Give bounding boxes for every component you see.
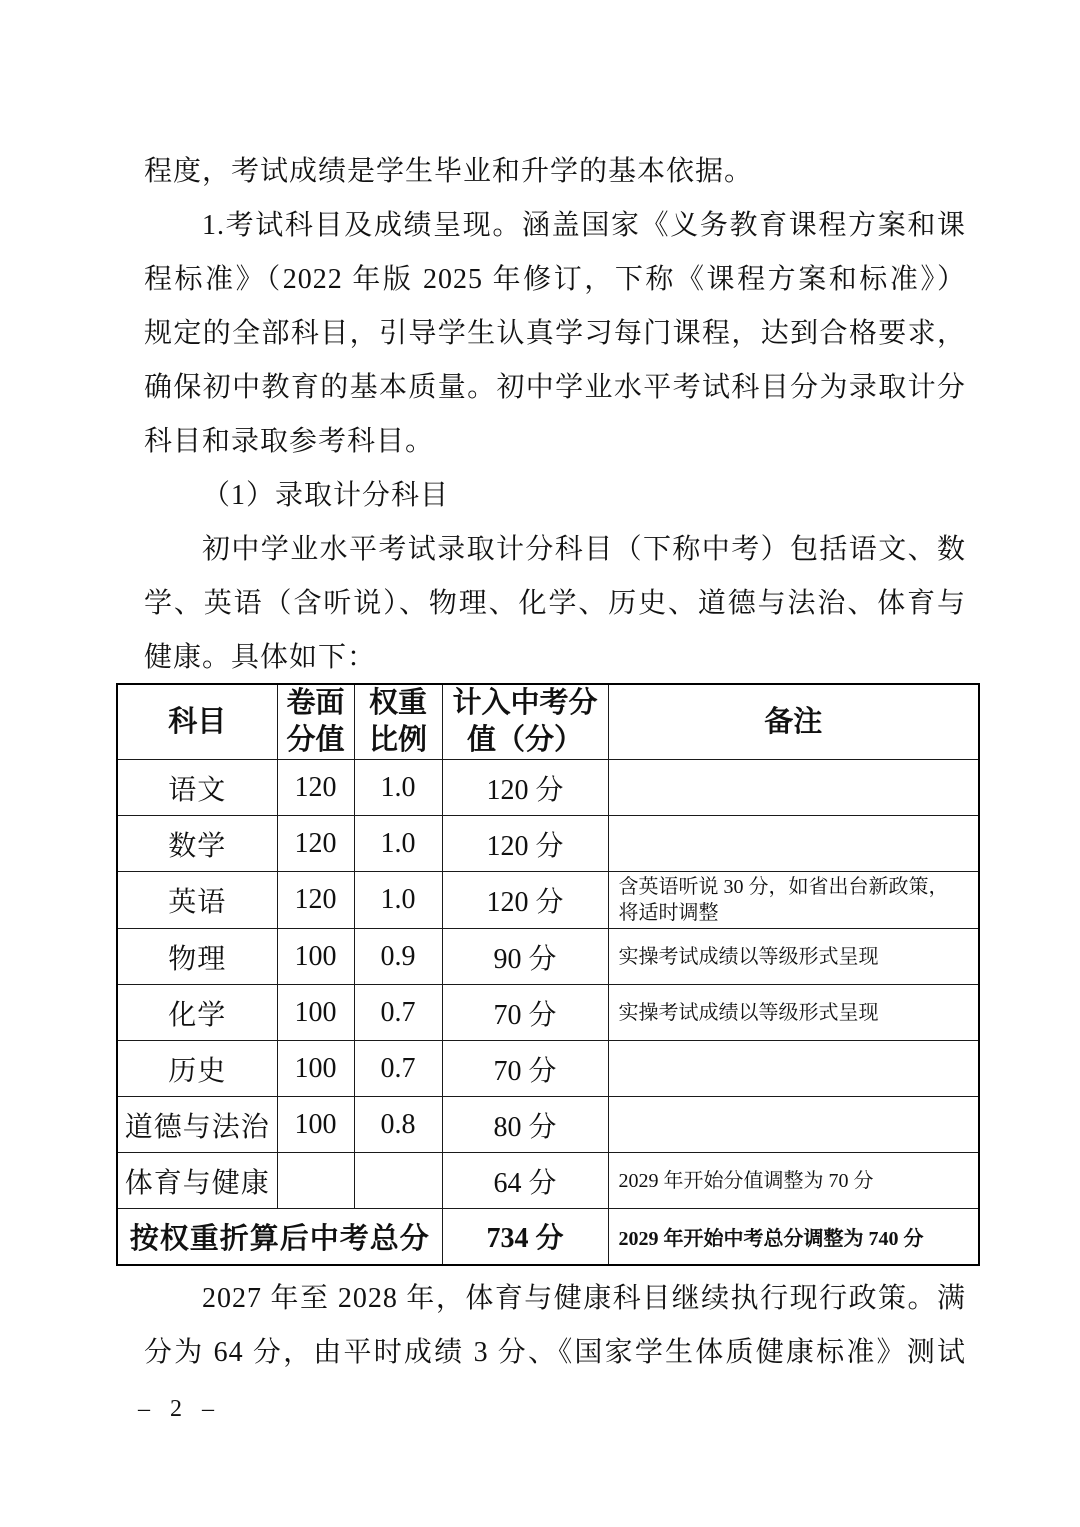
remark-cell: 实操考试成绩以等级形式呈现: [608, 985, 979, 1041]
table-row-physics: 物理 100 0.9 90 分 实操考试成绩以等级形式呈现: [117, 929, 979, 985]
document-page: 程度，考试成绩是学生毕业和升学的基本依据。 1.考试科目及成绩呈现。涵盖国家《义…: [0, 0, 1080, 1527]
paper-score-cell: 120: [277, 760, 354, 816]
table-row-pe-health: 体育与健康 64 分 2029 年开始分值调整为 70 分: [117, 1153, 979, 1209]
subject-cell: 数学: [117, 816, 277, 872]
paragraph-line: 1.考试科目及成绩呈现。涵盖国家《义务教育课程方案和课: [144, 199, 966, 253]
paragraph-line: 确保初中教育的基本质量。初中学业水平考试科目分为录取计分: [144, 361, 966, 415]
remark-cell: 实操考试成绩以等级形式呈现: [608, 929, 979, 985]
weight-cell: 0.7: [354, 1041, 442, 1097]
body-text-lower: 2027 年至 2028 年，体育与健康科目继续执行现行政策。满 分为 64 分…: [144, 1272, 966, 1380]
table-row-english: 英语 120 1.0 120 分 含英语听说 30 分，如省出台新政策，将适时调…: [117, 872, 979, 929]
exam-score-cell: 90 分: [442, 929, 608, 985]
paragraph-line: 健康。具体如下：: [144, 631, 966, 685]
remark-cell: [608, 760, 979, 816]
remark-cell: [608, 816, 979, 872]
paper-score-cell: 120: [277, 872, 354, 929]
table-row-chinese: 语文 120 1.0 120 分: [117, 760, 979, 816]
subject-cell: 体育与健康: [117, 1153, 277, 1209]
subject-cell: 历史: [117, 1041, 277, 1097]
paper-score-cell: 100: [277, 1097, 354, 1153]
table-row-math: 数学 120 1.0 120 分: [117, 816, 979, 872]
total-score-cell: 734 分: [442, 1209, 608, 1265]
total-remark-cell: 2029 年开始中考总分调整为 740 分: [608, 1209, 979, 1265]
page-number: – 2 –: [138, 1396, 221, 1423]
subject-cell: 语文: [117, 760, 277, 816]
paragraph-line: 2027 年至 2028 年，体育与健康科目继续执行现行政策。满: [144, 1272, 966, 1326]
exam-score-cell: 120 分: [442, 760, 608, 816]
table-header-row: 科目 卷面 分值 权重 比例 计入中考分 值（分） 备注: [117, 684, 979, 760]
weight-cell: [354, 1153, 442, 1209]
subject-cell: 道德与法治: [117, 1097, 277, 1153]
weight-cell: 1.0: [354, 872, 442, 929]
exam-score-cell: 64 分: [442, 1153, 608, 1209]
exam-subjects-score-table: 科目 卷面 分值 权重 比例 计入中考分 值（分） 备注 语文 120 1.0 …: [116, 683, 980, 1266]
weight-cell: 1.0: [354, 816, 442, 872]
paragraph-line: 分为 64 分，由平时成绩 3 分、《国家学生体质健康标准》测试: [144, 1326, 966, 1380]
paper-score-cell: 100: [277, 985, 354, 1041]
paragraph-line: 规定的全部科目，引导学生认真学习每门课程，达到合格要求，: [144, 307, 966, 361]
subject-cell: 英语: [117, 872, 277, 929]
subject-cell: 化学: [117, 985, 277, 1041]
paragraph-line: 学、英语（含听说）、物理、化学、历史、道德与法治、体育与: [144, 577, 966, 631]
table-row-chemistry: 化学 100 0.7 70 分 实操考试成绩以等级形式呈现: [117, 985, 979, 1041]
remark-cell: [608, 1097, 979, 1153]
exam-score-cell: 70 分: [442, 985, 608, 1041]
table-row-morality-law: 道德与法治 100 0.8 80 分: [117, 1097, 979, 1153]
paper-score-cell: 100: [277, 1041, 354, 1097]
exam-score-cell: 120 分: [442, 816, 608, 872]
weight-cell: 0.9: [354, 929, 442, 985]
paragraph-line: 程度，考试成绩是学生毕业和升学的基本依据。: [144, 145, 966, 199]
header-remark: 备注: [608, 684, 979, 760]
paragraph-line: 初中学业水平考试录取计分科目（下称中考）包括语文、数: [144, 523, 966, 577]
header-paper-score: 卷面 分值: [277, 684, 354, 760]
total-label-cell: 按权重折算后中考总分: [117, 1209, 442, 1265]
section-heading-line: （1）录取计分科目: [144, 469, 966, 523]
exam-score-cell: 70 分: [442, 1041, 608, 1097]
exam-score-cell: 80 分: [442, 1097, 608, 1153]
header-weight: 权重 比例: [354, 684, 442, 760]
table-row-history: 历史 100 0.7 70 分: [117, 1041, 979, 1097]
remark-cell: 2029 年开始分值调整为 70 分: [608, 1153, 979, 1209]
weight-cell: 1.0: [354, 760, 442, 816]
header-subject: 科目: [117, 684, 277, 760]
paper-score-cell: [277, 1153, 354, 1209]
weight-cell: 0.7: [354, 985, 442, 1041]
exam-score-cell: 120 分: [442, 872, 608, 929]
body-text-upper: 程度，考试成绩是学生毕业和升学的基本依据。 1.考试科目及成绩呈现。涵盖国家《义…: [144, 145, 966, 685]
paper-score-cell: 120: [277, 816, 354, 872]
remark-cell: [608, 1041, 979, 1097]
subject-cell: 物理: [117, 929, 277, 985]
weight-cell: 0.8: [354, 1097, 442, 1153]
table-total-row: 按权重折算后中考总分 734 分 2029 年开始中考总分调整为 740 分: [117, 1209, 979, 1265]
header-exam-score: 计入中考分 值（分）: [442, 684, 608, 760]
paragraph-line: 科目和录取参考科目。: [144, 415, 966, 469]
remark-cell: 含英语听说 30 分，如省出台新政策，将适时调整: [608, 872, 979, 929]
paper-score-cell: 100: [277, 929, 354, 985]
paragraph-line: 程标准》（2022 年版 2025 年修订，下称《课程方案和标准》）: [144, 253, 966, 307]
